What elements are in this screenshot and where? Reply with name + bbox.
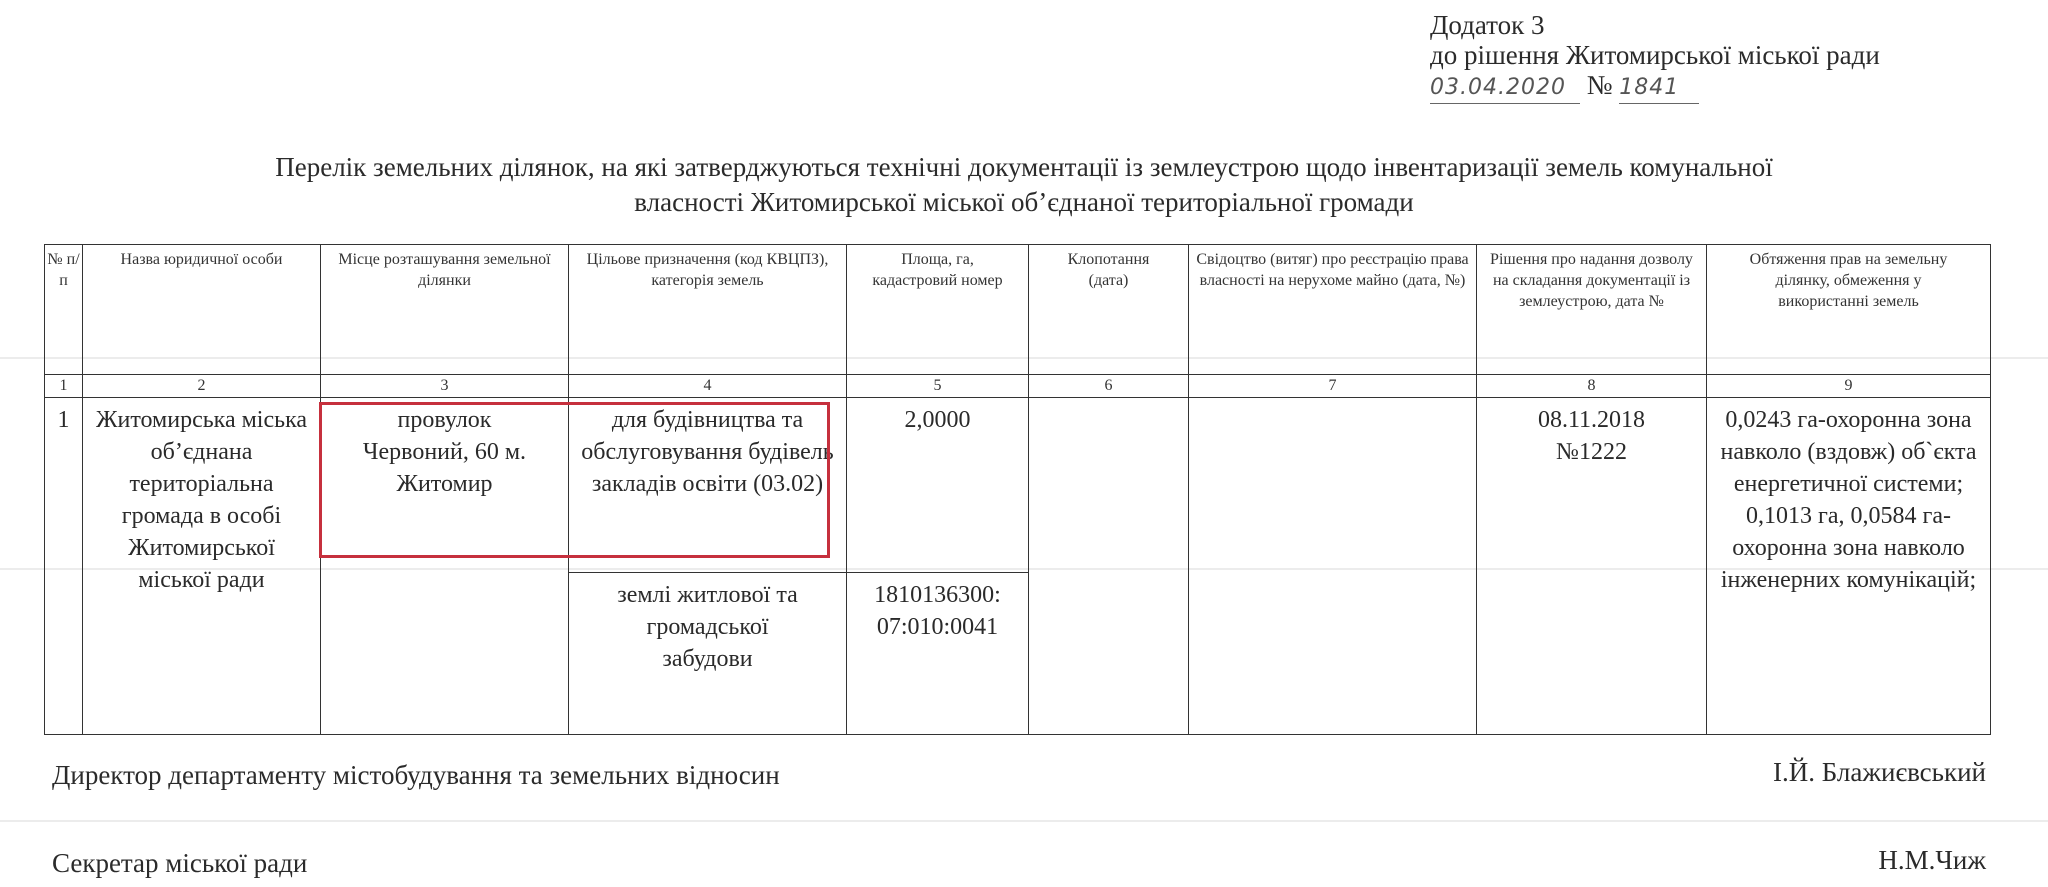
- handwritten-date: 03.04.2020: [1430, 73, 1580, 104]
- row-certificate: [1189, 398, 1477, 735]
- row-purpose: для будівництва та обслуговування будіве…: [569, 398, 847, 573]
- row-cadastral-number: 1810136300: 07:010:0041: [847, 573, 1029, 735]
- annex-header: Додаток 3 до рішення Житомирської місько…: [1430, 10, 1880, 104]
- header-no: № п/п: [45, 245, 83, 375]
- annex-title: Додаток 3: [1430, 10, 1880, 40]
- scan-artifact-line: [0, 820, 2048, 822]
- table-header-row: № п/п Назва юридичної особи Місце розташ…: [45, 245, 1991, 375]
- annex-decision-ref: до рішення Житомирської міської ради: [1430, 40, 1880, 70]
- row-area: 2,0000: [847, 398, 1029, 573]
- row-permit-decision: 08.11.2018 №1222: [1477, 398, 1707, 735]
- land-plots-table: № п/п Назва юридичної особи Місце розташ…: [44, 244, 1991, 735]
- col-num: 4: [569, 375, 847, 398]
- table-row: 1 Житомирська міська об’єднана територіа…: [45, 398, 1991, 573]
- header-purpose: Цільове призначення (код КВЦПЗ), категор…: [569, 245, 847, 375]
- number-sign: №: [1587, 70, 1613, 100]
- header-certificate: Свідоцтво (витяг) про реєстрацію права в…: [1189, 245, 1477, 375]
- col-num: 7: [1189, 375, 1477, 398]
- col-num: 9: [1707, 375, 1991, 398]
- header-encumbrances: Обтяження прав на земельну ділянку, обме…: [1707, 245, 1991, 375]
- header-entity: Назва юридичної особи: [83, 245, 321, 375]
- row-petition-date: [1029, 398, 1189, 735]
- column-number-row: 1 2 3 4 5 6 7 8 9: [45, 375, 1991, 398]
- col-num: 3: [321, 375, 569, 398]
- header-location: Місце розташування земельної ділянки: [321, 245, 569, 375]
- col-num: 2: [83, 375, 321, 398]
- col-num: 1: [45, 375, 83, 398]
- col-num: 5: [847, 375, 1029, 398]
- document-title: Перелік земельних ділянок, на які затвер…: [0, 150, 2048, 220]
- row-entity: Житомирська міська об’єднана територіаль…: [83, 398, 321, 735]
- title-line-2: власності Житомирської міської об’єднано…: [0, 185, 2048, 220]
- col-num: 8: [1477, 375, 1707, 398]
- annex-date-number: 03.04.2020 № 1841: [1430, 70, 1880, 104]
- signature-position-secretary: Секретар міської ради: [52, 848, 307, 879]
- signature-position-director: Директор департаменту містобудування та …: [52, 760, 780, 791]
- row-encumbrances: 0,0243 га-охоронна зона навколо (вздовж)…: [1707, 398, 1991, 735]
- handwritten-number: 1841: [1619, 73, 1699, 104]
- col-num: 6: [1029, 375, 1189, 398]
- row-no: 1: [45, 398, 83, 735]
- title-line-1: Перелік земельних ділянок, на які затвер…: [0, 150, 2048, 185]
- signature-name-director: І.Й. Блажиєвський: [1773, 757, 1986, 788]
- header-area: Площа, га, кадастровий номер: [847, 245, 1029, 375]
- header-permit: Рішення про надання дозволу на складання…: [1477, 245, 1707, 375]
- row-category: землі житлової та громадської забудови: [569, 573, 847, 735]
- signature-name-secretary: Н.М.Чиж: [1878, 845, 1986, 876]
- header-petition: Клопотання (дата): [1029, 245, 1189, 375]
- row-location: провулок Червоний, 60 м. Житомир: [321, 398, 569, 735]
